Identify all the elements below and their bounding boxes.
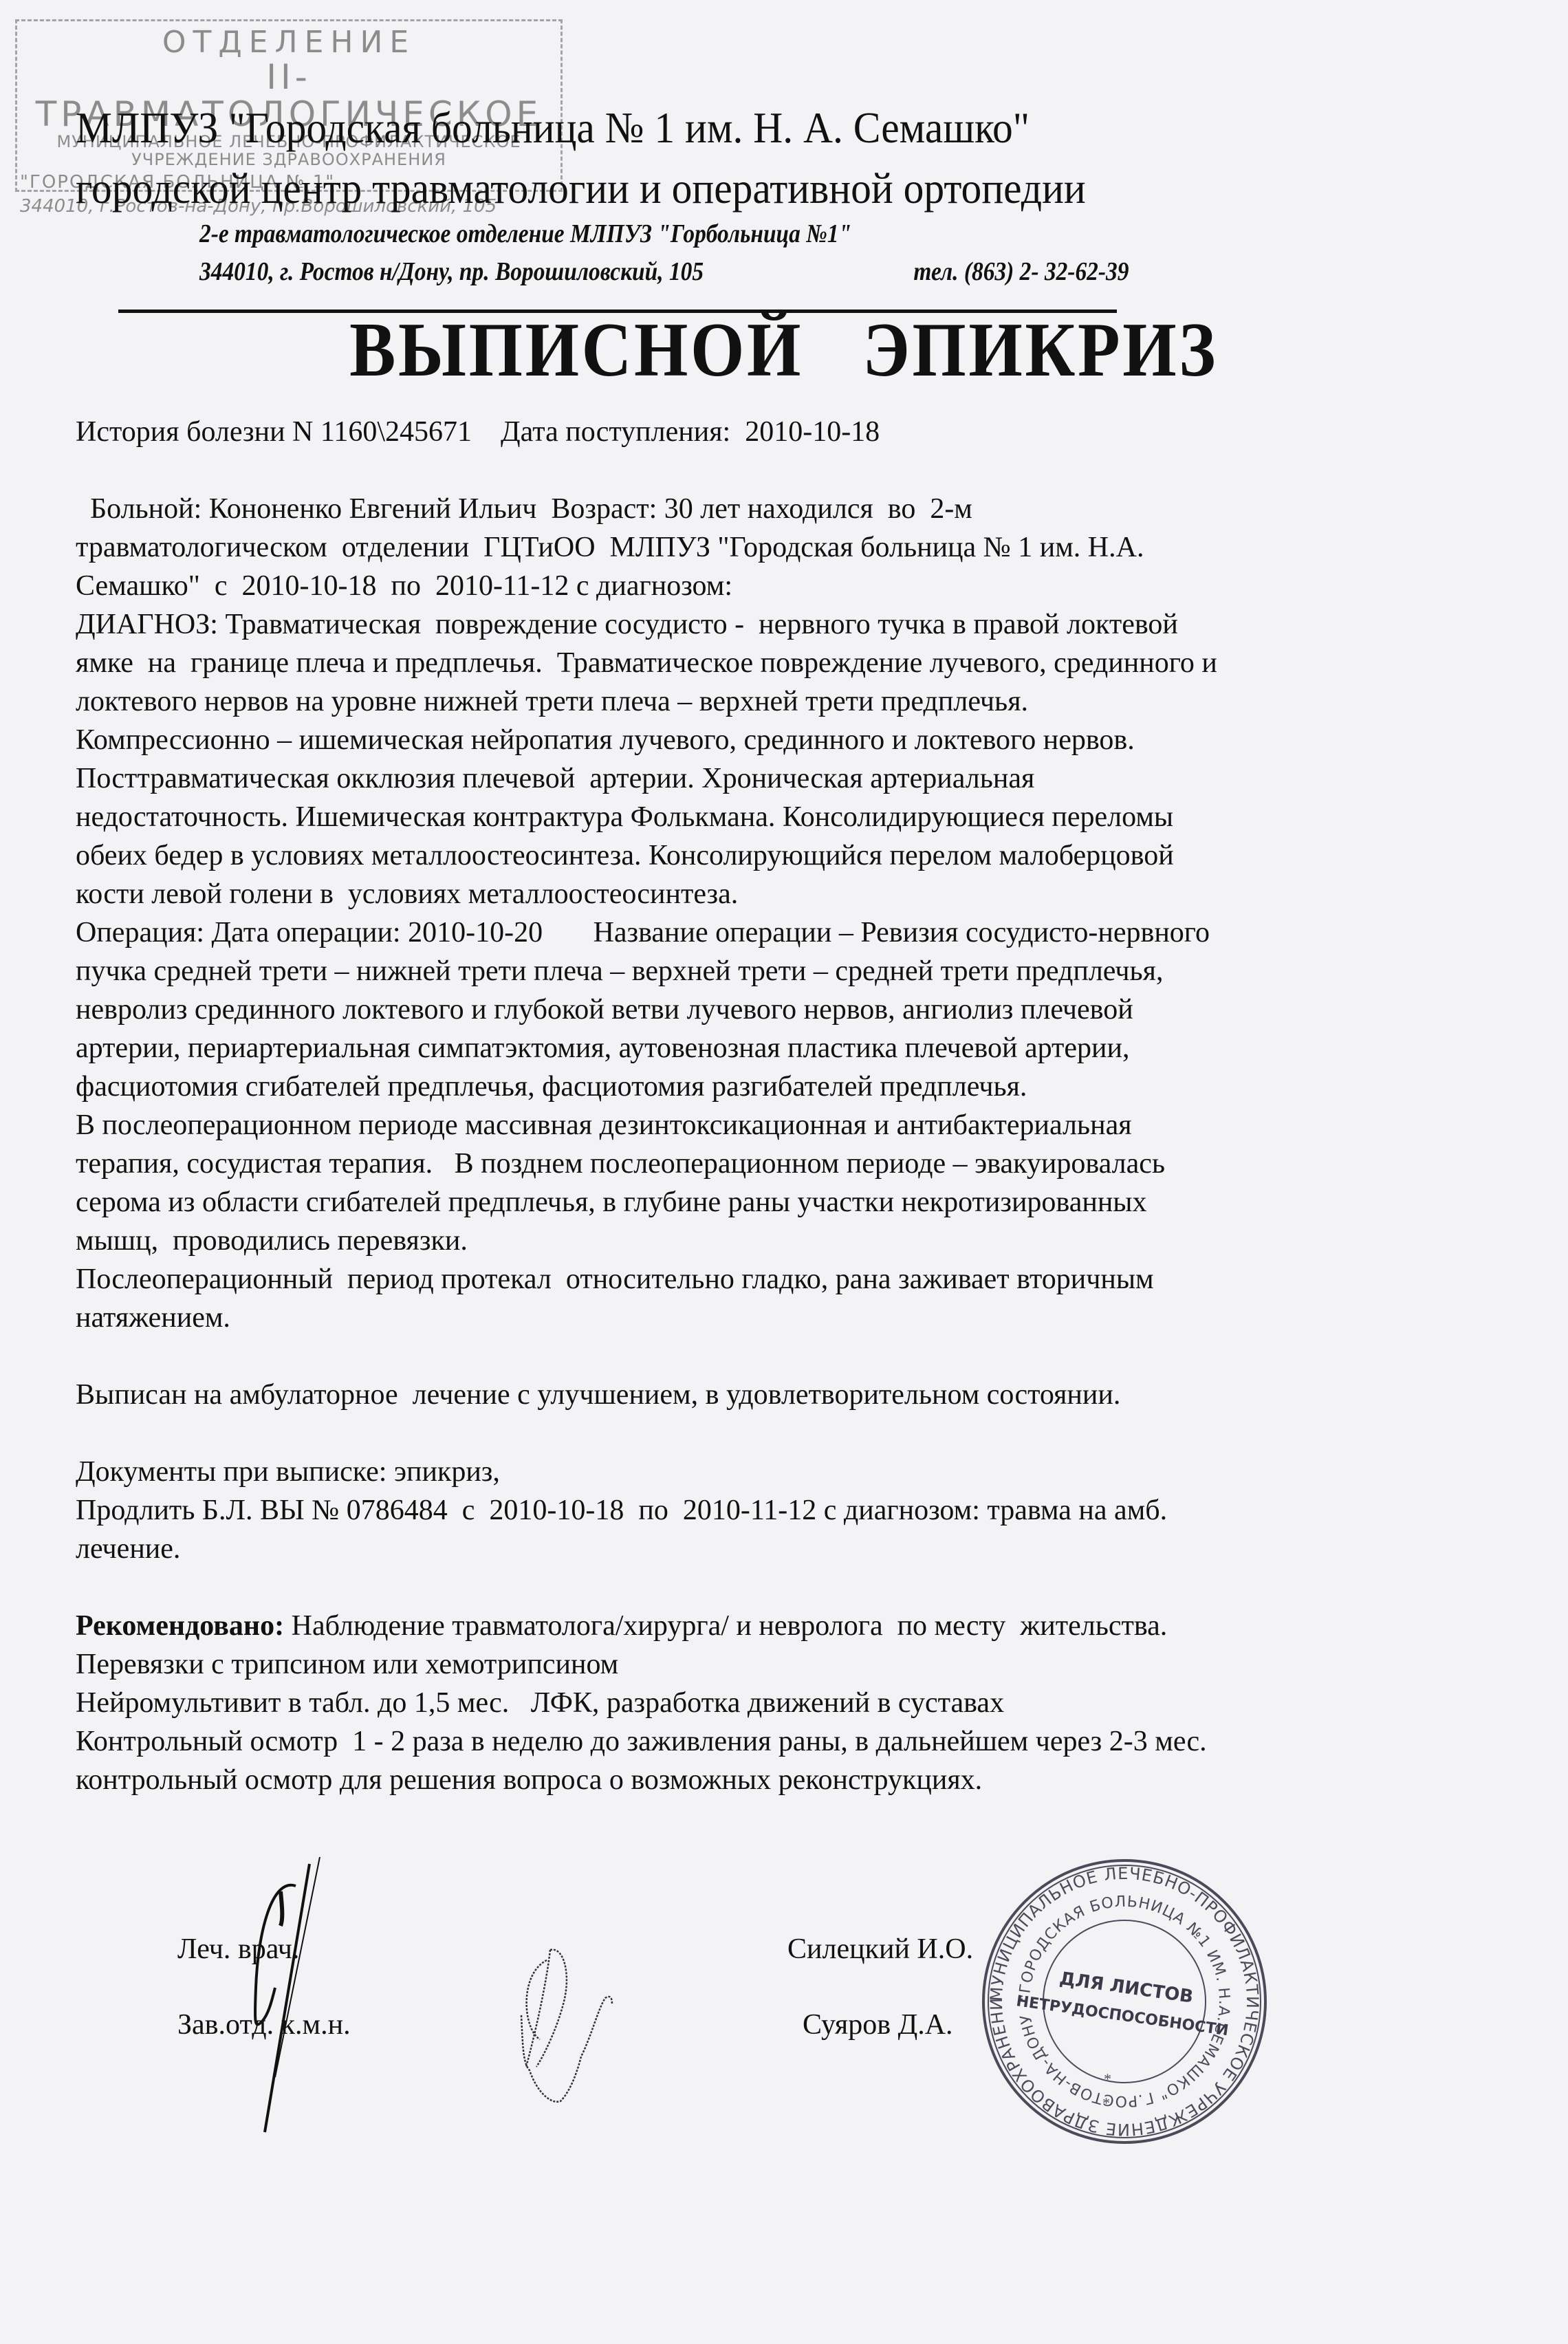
postop-line: терапия, сосудистая терапия. В позднем п…: [76, 1144, 1492, 1183]
center-name: городской центр травматологии и оператив…: [76, 164, 1086, 213]
patient-line: Семашко" с 2010-10-18 по 2010-11-12 с ди…: [76, 567, 1492, 605]
spacer: [76, 1414, 1492, 1453]
round-seal-icon: МУНИЦИПАЛЬНОЕ ЛЕЧЕБНО-ПРОФИЛАКТИЧЕСКОЕ У…: [980, 1857, 1269, 2146]
documents-line: Документы при выписке: эпикриз,: [76, 1453, 1492, 1491]
recommend-line: Перевязки с трипсином или хемотрипсином: [76, 1645, 1492, 1684]
recommend-label: Рекомендовано:: [76, 1610, 284, 1642]
postop-line: Послеоперационный период протекал относи…: [76, 1260, 1492, 1299]
institution-name: МЛПУЗ "Городская больница № 1 им. Н. А. …: [76, 103, 1030, 153]
documents-line: Продлить Б.Л. ВЫ № 0786484 с 2010-10-18 …: [76, 1491, 1492, 1530]
svg-text:*: *: [1102, 2094, 1110, 2112]
postop-line: натяжением.: [76, 1299, 1492, 1337]
head-name: Суяров Д.А.: [803, 2008, 953, 2041]
diagnosis-line: обеих бедер в условиях металлоостеосинте…: [76, 836, 1492, 875]
document-body: История болезни N 1160\245671 Дата посту…: [76, 413, 1492, 1799]
address: 344010, г. Ростов н/Дону, пр. Ворошиловс…: [199, 257, 913, 287]
doctor-signature-icon: [206, 1850, 330, 2139]
recommend-line: Рекомендовано: Наблюдение травматолога/х…: [76, 1607, 1492, 1645]
record-line: История болезни N 1160\245671 Дата посту…: [76, 413, 1492, 451]
operation-line: фасциотомия сгибателей предплечья, фасци…: [76, 1067, 1492, 1106]
doctor-name: Силецкий И.О.: [787, 1933, 973, 1966]
head-signature-icon: [481, 1919, 660, 2139]
diagnosis-line: Посттравматическая окклюзия плечевой арт…: [76, 759, 1492, 798]
svg-text:*: *: [1104, 2070, 1111, 2087]
patient-line: Больной: Кононенко Евгений Ильич Возраст…: [76, 490, 1492, 528]
recommend-line: Нейромультивит в табл. до 1,5 мес. ЛФК, …: [76, 1684, 1492, 1722]
operation-line: пучка средней трети – нижней трети плеча…: [76, 952, 1492, 990]
history-number: 1160\245671: [320, 416, 472, 448]
operation-line: Операция: Дата операции: 2010-10-20 Назв…: [76, 913, 1492, 952]
recommend-line: контрольный осмотр для решения вопроса о…: [76, 1761, 1492, 1799]
spacer: [76, 451, 1492, 490]
diagnosis-line: недостаточность. Ишемическая контрактура…: [76, 798, 1492, 836]
svg-text:НЕТРУДОСПОСОБНОСТИ: НЕТРУДОСПОСОБНОСТИ: [1015, 1993, 1230, 2039]
diagnosis-line: локтевого нервов на уровне нижней трети …: [76, 682, 1492, 721]
diagnosis-line: кости левой голени в условиях металлоост…: [76, 875, 1492, 913]
phone: тел. (863) 2- 32-62-39: [913, 257, 1129, 286]
spacer: [76, 1337, 1492, 1376]
discharge-line: Выписан на амбулаторное лечение с улучше…: [76, 1376, 1492, 1414]
document-title: ВЫПИСНОЙ ЭПИКРИЗ: [0, 306, 1568, 395]
diagnosis-line: ДИАГНОЗ: Травматическая повреждение сосу…: [76, 605, 1492, 644]
operation-line: артерии, периартериальная симпатэктомия,…: [76, 1029, 1492, 1067]
address-line: 344010, г. Ростов н/Дону, пр. Ворошиловс…: [199, 257, 1129, 287]
recommend-line: Контрольный осмотр 1 - 2 раза в неделю д…: [76, 1722, 1492, 1761]
documents-line: лечение.: [76, 1530, 1492, 1568]
admission-date: 2010-10-18: [745, 416, 880, 448]
postop-line: мышц, проводились перевязки.: [76, 1222, 1492, 1260]
diagnosis-line: ямке на границе плеча и предплечья. Трав…: [76, 644, 1492, 682]
postop-line: В послеоперационном периоде массивная де…: [76, 1106, 1492, 1144]
spacer: [76, 1568, 1492, 1607]
patient-line: травматологическом отделении ГЦТиОО МЛПУ…: [76, 528, 1492, 567]
operation-line: невролиз срединного локтевого и глубокой…: [76, 990, 1492, 1029]
postop-line: серома из области сгибателей предплечья,…: [76, 1183, 1492, 1222]
department-name: 2-е травматологическое отделение МЛПУЗ "…: [199, 219, 851, 249]
diagnosis-line: Компрессионно – ишемическая нейропатия л…: [76, 721, 1492, 759]
stamp-line: ОТДЕЛЕНИЕ: [17, 27, 560, 58]
